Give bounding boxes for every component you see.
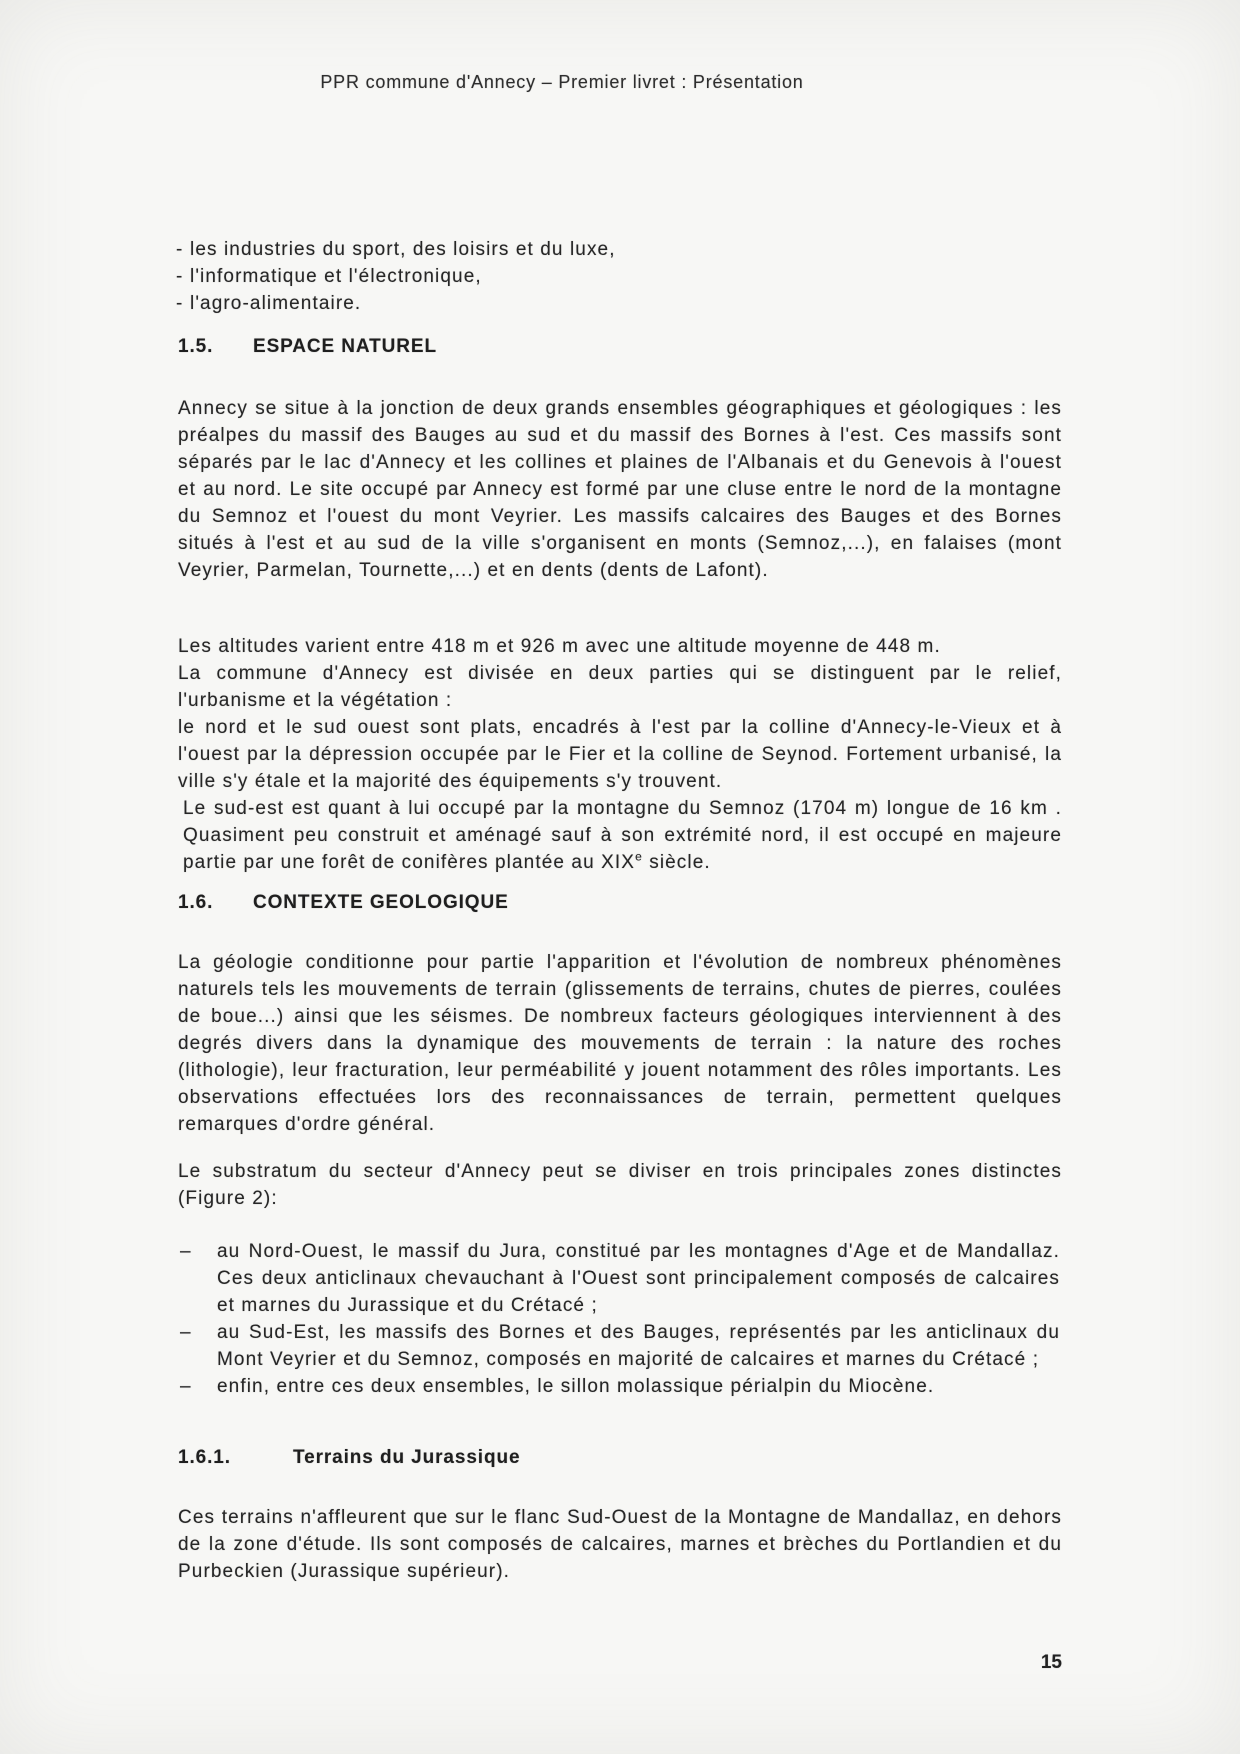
list-item-text: au Nord-Ouest, le massif du Jura, consti… xyxy=(217,1241,1060,1316)
paragraph-text: La géologie conditionne pour partie l'ap… xyxy=(178,949,1062,1138)
list-item: –enfin, entre ces deux ensembles, le sil… xyxy=(180,1373,1060,1400)
superscript-e: e xyxy=(635,850,643,864)
list-item-text: au Sud-Est, les massifs des Bornes et de… xyxy=(217,1322,1060,1370)
section-title: CONTEXTE GEOLOGIQUE xyxy=(253,892,509,913)
list-item-text: les industries du sport, des loisirs et … xyxy=(190,239,616,260)
list-item: –au Sud-Est, les massifs des Bornes et d… xyxy=(180,1319,1060,1373)
paragraph-commune: La commune d'Annecy est divisée en deux … xyxy=(178,660,1062,714)
list-item: -les industries du sport, des loisirs et… xyxy=(176,236,1060,263)
list-item: -l'agro-alimentaire. xyxy=(176,290,1060,317)
dash-bullet: - xyxy=(176,236,190,263)
section-heading-1-5: 1.5.ESPACE NATUREL xyxy=(178,336,1062,358)
paragraph-altitudes: Les altitudes varient entre 418 m et 926… xyxy=(178,633,1062,660)
paragraph-terrains-jurassique: Ces terrains n'affleurent que sur le fla… xyxy=(178,1504,1062,1585)
page-number: 15 xyxy=(1016,1652,1062,1674)
paragraph-text: Le sud-est est quant à lui occupé par la… xyxy=(183,798,1062,873)
paragraph-espace-naturel: Annecy se situe à la jonction de deux gr… xyxy=(178,395,1062,584)
paragraph-text: Ces terrains n'affleurent que sur le fla… xyxy=(178,1504,1062,1585)
list-item-text: l'informatique et l'électronique, xyxy=(190,266,482,287)
dash-bullet: – xyxy=(180,1238,217,1265)
paragraph-nord-sud-ouest: le nord et le sud ouest sont plats, enca… xyxy=(178,714,1062,795)
list-item: –au Nord-Ouest, le massif du Jura, const… xyxy=(180,1238,1060,1319)
paragraph-text: Annecy se situe à la jonction de deux gr… xyxy=(178,395,1062,584)
dash-bullet: – xyxy=(180,1319,217,1346)
paragraph-substratum: Le substratum du secteur d'Annecy peut s… xyxy=(178,1158,1062,1212)
paragraph-text: Le substratum du secteur d'Annecy peut s… xyxy=(178,1158,1062,1212)
section-title: ESPACE NATUREL xyxy=(253,336,437,357)
dash-bullet: - xyxy=(176,263,190,290)
section-number: 1.6. xyxy=(178,892,253,914)
section-title: Terrains du Jurassique xyxy=(293,1447,520,1468)
list-item-text: enfin, entre ces deux ensembles, le sill… xyxy=(217,1376,934,1397)
running-header: PPR commune d'Annecy – Premier livret : … xyxy=(120,72,1004,93)
section-number: 1.6.1. xyxy=(178,1447,293,1469)
paragraph-sud-est: Le sud-est est quant à lui occupé par la… xyxy=(178,795,1062,876)
section-number: 1.5. xyxy=(178,336,253,358)
paragraph-group-altitudes: Les altitudes varient entre 418 m et 926… xyxy=(178,633,1062,876)
paragraph-geologie: La géologie conditionne pour partie l'ap… xyxy=(178,949,1062,1138)
geology-zones-list: –au Nord-Ouest, le massif du Jura, const… xyxy=(180,1238,1060,1400)
dash-bullet: – xyxy=(180,1373,217,1400)
dash-bullet: - xyxy=(176,290,190,317)
document-page: PPR commune d'Annecy – Premier livret : … xyxy=(0,0,1240,1754)
section-heading-1-6: 1.6.CONTEXTE GEOLOGIQUE xyxy=(178,892,1062,914)
intro-list: -les industries du sport, des loisirs et… xyxy=(176,236,1060,317)
list-item-text: l'agro-alimentaire. xyxy=(190,293,361,314)
section-heading-1-6-1: 1.6.1.Terrains du Jurassique xyxy=(178,1447,1062,1469)
paragraph-text: siècle. xyxy=(643,852,711,873)
list-item: -l'informatique et l'électronique, xyxy=(176,263,1060,290)
